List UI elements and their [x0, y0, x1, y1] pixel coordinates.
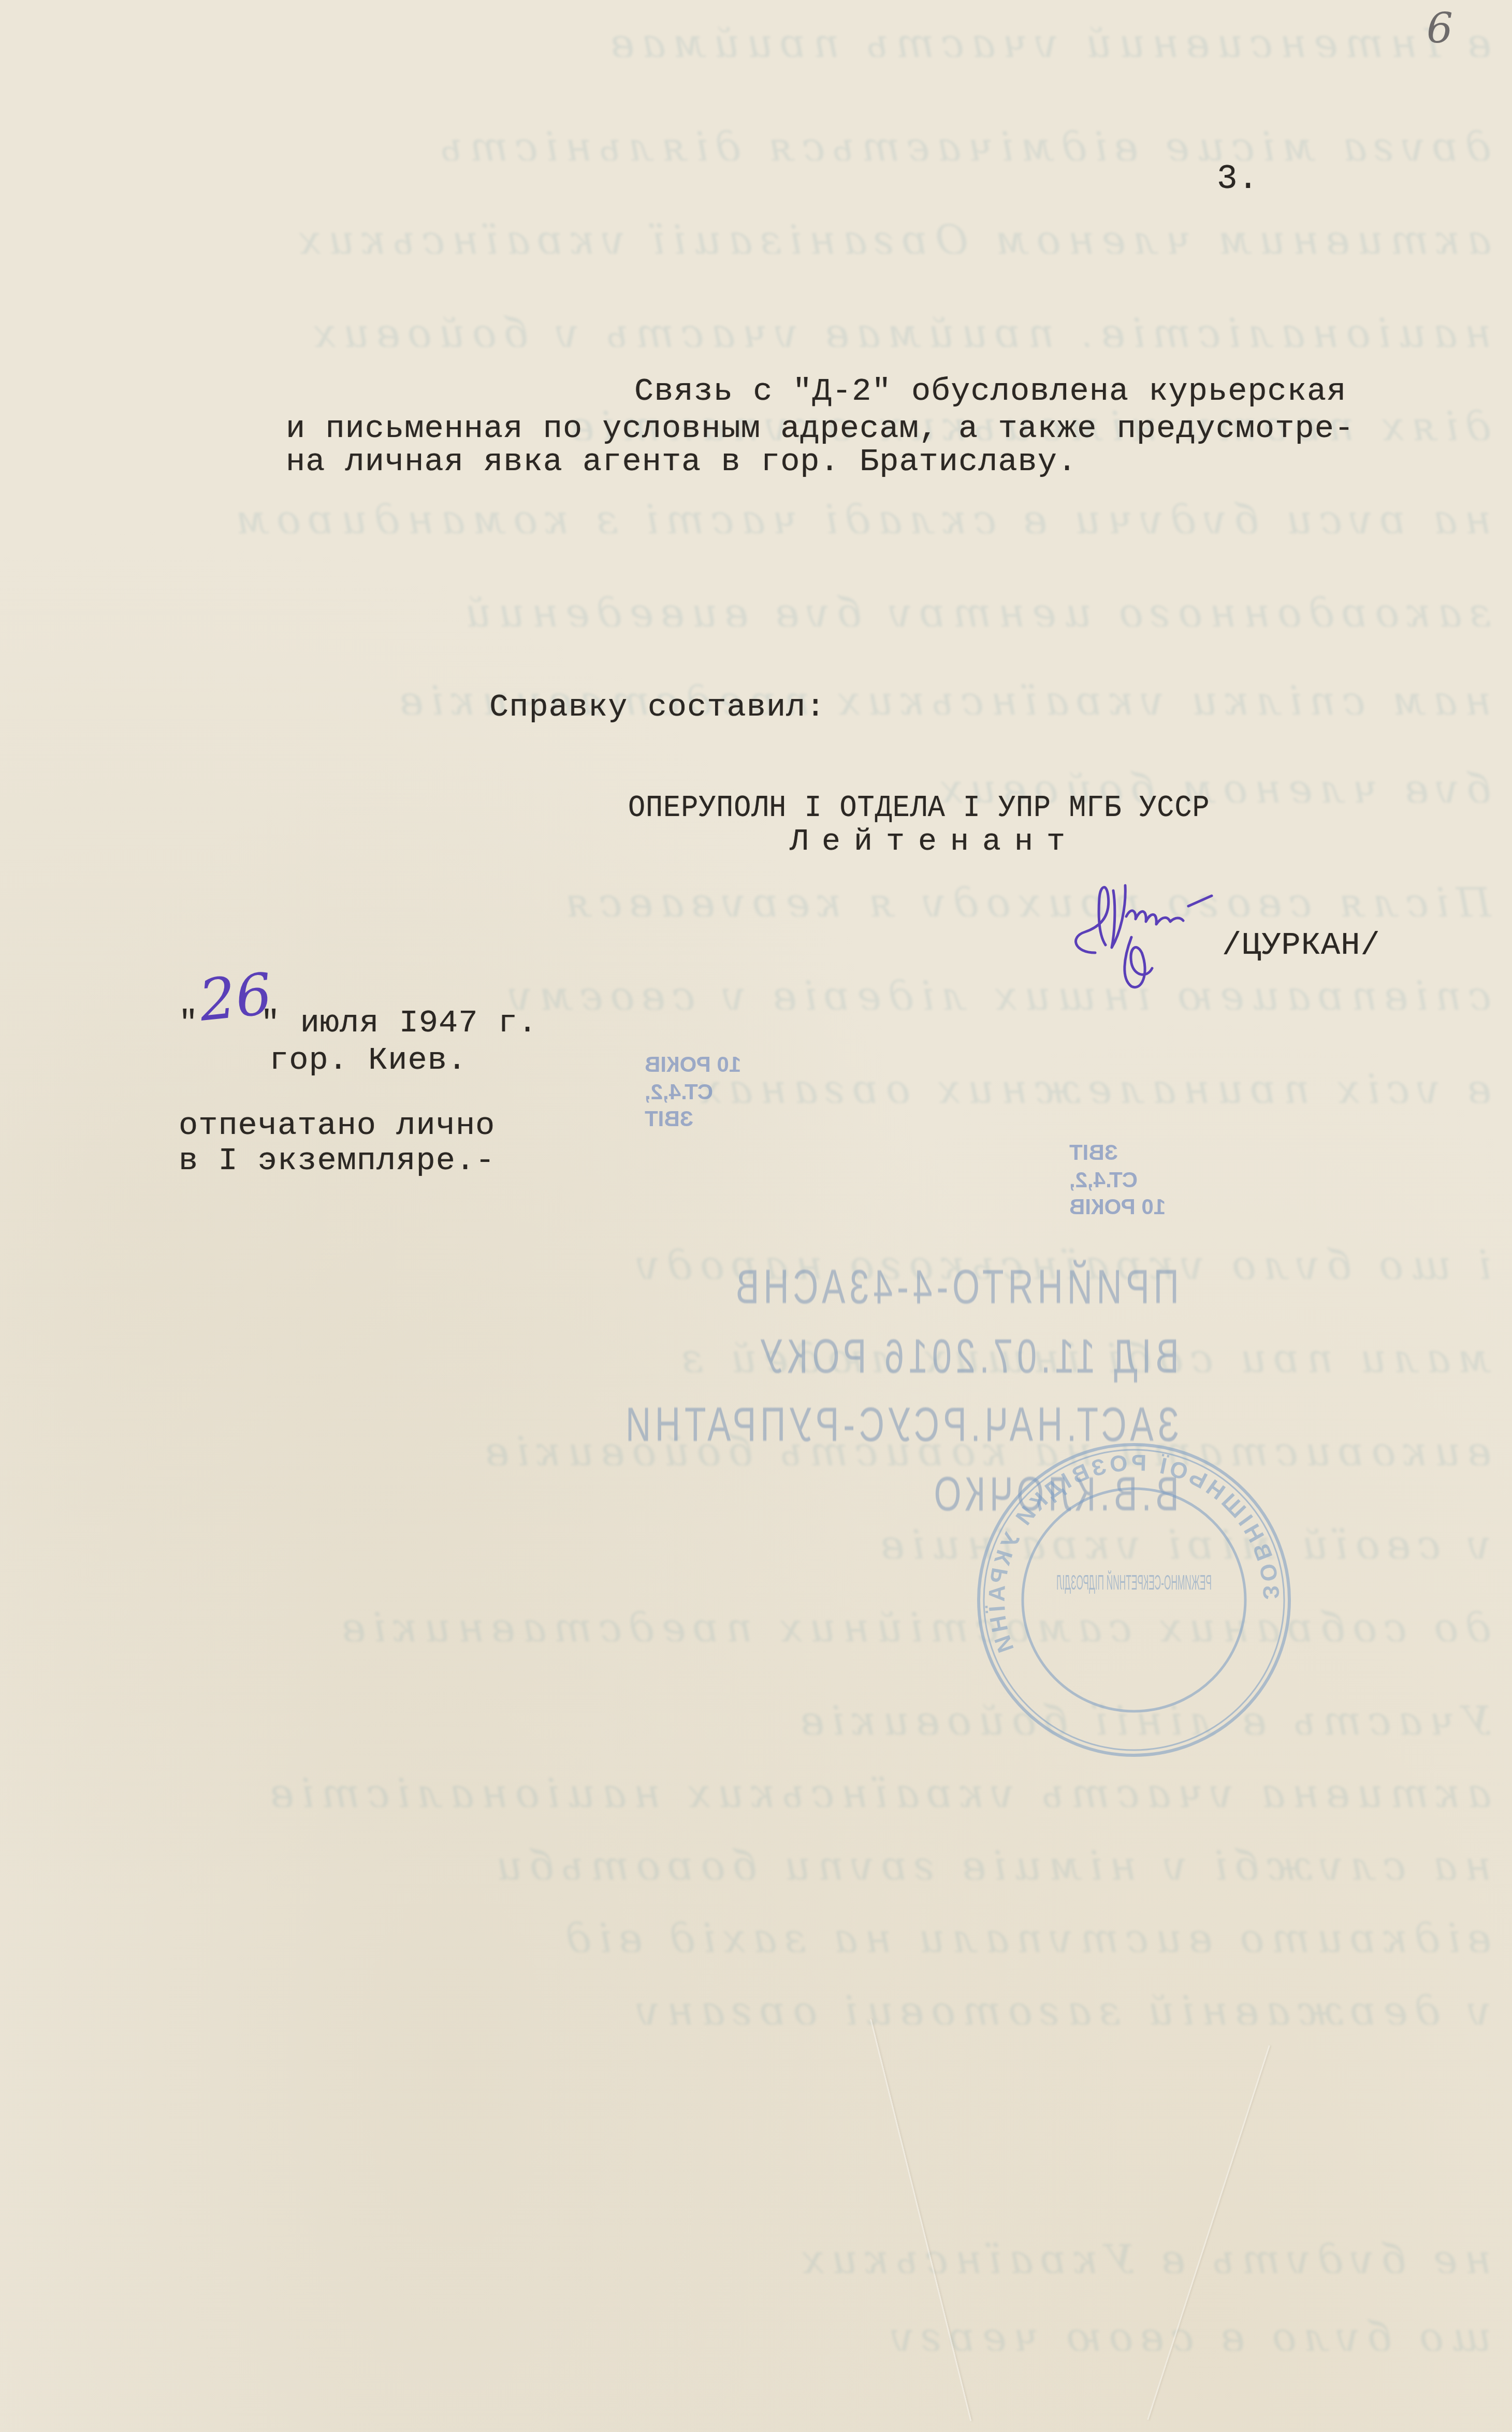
handwritten-signature — [1064, 875, 1235, 994]
body-paragraph-line-3: на личная явка агента в гор. Братиславу. — [286, 443, 1077, 480]
mirrored-stamp-retention: 10 РОКІВ СТ.4,2, ЗВІТ — [645, 1051, 741, 1133]
archive-page-number: 6 — [1427, 4, 1453, 52]
svg-text:ЗОВНІШНЬОЇ РОЗВІДКИ УКРАЇНИ: ЗОВНІШНЬОЇ РОЗВІДКИ УКРАЇНИ — [984, 1450, 1284, 1659]
date-open-quote: " — [179, 1004, 198, 1041]
seal-icon: ЗОВНІШНЬОЇ РОЗВІДКИ УКРАЇНИ РЕЖИМНО-СЕКР… — [968, 1434, 1300, 1766]
mirrored-stamp-retention-2: ЗВІТ СТ.4,2, 10 РОКІВ — [1069, 1139, 1166, 1221]
date-day-handwritten: 26 — [196, 960, 275, 1034]
signatory-position: ОПЕРУПОЛН I ОТДЕЛА I УПР МГБ УССР — [628, 790, 1210, 827]
signatory-name: /ЦУРКАН/ — [1222, 927, 1380, 964]
seal-outer-text: ЗОВНІШНЬОЇ РОЗВІДКИ УКРАЇНИ — [984, 1450, 1284, 1659]
body-paragraph-line-2: и письменная по условным адресам, а такж… — [286, 410, 1354, 447]
round-seal: ЗОВНІШНЬОЇ РОЗВІДКИ УКРАЇНИ РЕЖИМНО-СЕКР… — [968, 1434, 1300, 1766]
typed-page-number: 3. — [1217, 161, 1259, 198]
paper-crease — [1147, 2045, 1270, 2420]
body-paragraph-line-1: Связь с "Д-2" обусловлена курьерская — [634, 373, 1346, 410]
city: гор. Киев. — [269, 1042, 467, 1079]
printing-note-line-2: в I экземпляре.- — [179, 1142, 495, 1179]
handwriting-bleed-through: в Інтенсивний участь приймав друга місце… — [41, 0, 1491, 2432]
signatory-rank: Лейтенант — [790, 823, 1079, 861]
seal-inner-text: РЕЖИМНО-СЕКРЕТНИЙ ПІДРОЗДІЛ — [1056, 1570, 1212, 1594]
paper-crease — [870, 2019, 971, 2421]
printing-note-line-1: отпечатано лично — [179, 1107, 495, 1144]
date-month-year: " июля I947 г. — [260, 1004, 537, 1041]
signature-icon — [1064, 875, 1235, 994]
composed-by-label: Справку составил: — [489, 689, 826, 726]
archival-document-page: в Інтенсивний участь приймав друга місце… — [0, 0, 1512, 2432]
